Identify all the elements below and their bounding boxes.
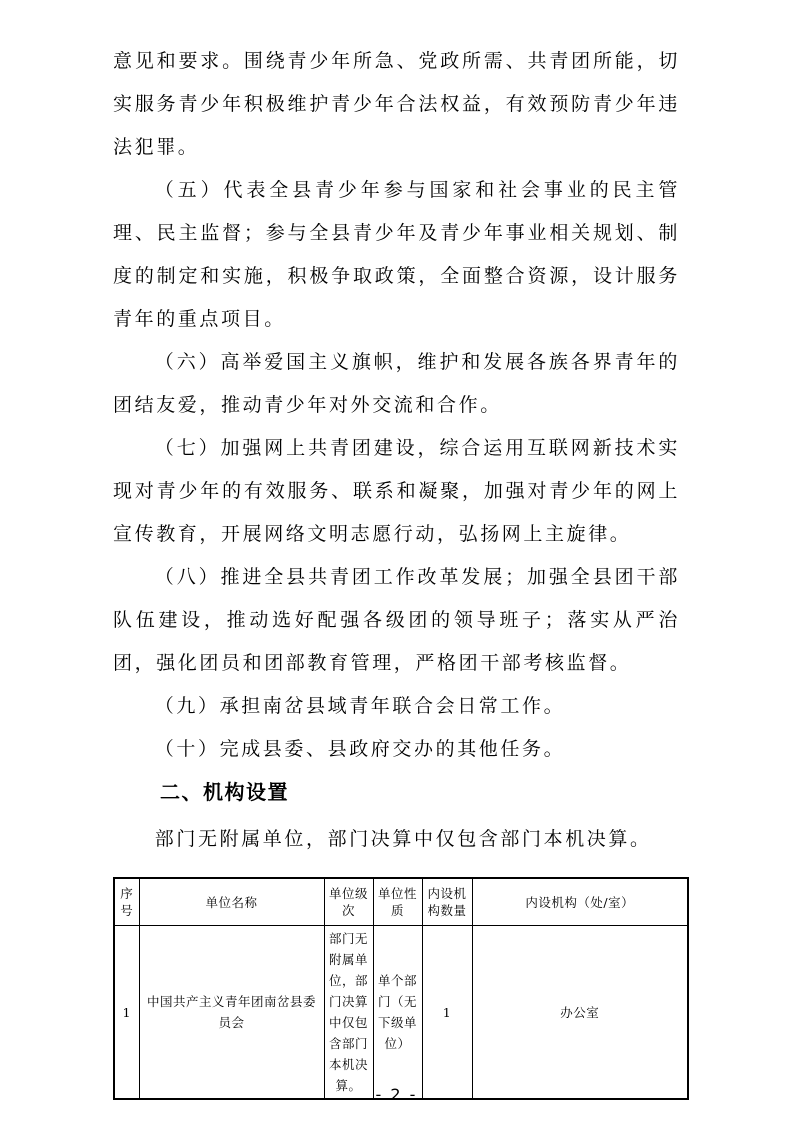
cell-unit-level: 部门无附属单位，部门决算中仅包含部门本机决算。	[324, 926, 373, 1100]
col-header-seq: 序号	[114, 878, 139, 926]
body-paragraph: （七）加强网上共青团建设，综合运用互联网新技术实现对青少年的有效服务、联系和凝聚…	[113, 427, 680, 556]
section-heading: 二、机构设置	[113, 779, 680, 806]
col-header-internal-orgs: 内设机构（处/室）	[472, 878, 688, 926]
page-number: - 2 -	[0, 1085, 793, 1104]
body-paragraph: （六）高举爱国主义旗帜，维护和发展各族各界青年的团结友爱，推动青少年对外交流和合…	[113, 341, 680, 427]
body-paragraph: （八）推进全县共青团工作改革发展；加强全县团干部队伍建设，推动选好配强各级团的领…	[113, 556, 680, 685]
table-header-row: 序号 单位名称 单位级次 单位性质 内设机构数量 内设机构（处/室）	[114, 878, 688, 926]
cell-unit-name: 中国共产主义青年团南岔县委员会	[139, 926, 324, 1100]
cell-seq: 1	[114, 926, 139, 1100]
document-page: 意见和要求。围绕青少年所急、党政所需、共青团所能，切实服务青少年积极维护青少年合…	[0, 0, 793, 1122]
body-paragraph: 意见和要求。围绕青少年所急、党政所需、共青团所能，切实服务青少年积极维护青少年合…	[113, 40, 680, 169]
body-paragraph: （五）代表全县青少年参与国家和社会事业的民主管理、民主监督；参与全县青少年及青少…	[113, 169, 680, 341]
body-paragraph: （九）承担南岔县域青年联合会日常工作。	[113, 685, 680, 728]
col-header-internal-org-count: 内设机构数量	[422, 878, 472, 926]
col-header-unit-name: 单位名称	[139, 878, 324, 926]
cell-internal-org-count: 1	[422, 926, 472, 1100]
document-content: 意见和要求。围绕青少年所急、党政所需、共青团所能，切实服务青少年积极维护青少年合…	[113, 40, 680, 1100]
table-intro-paragraph: 部门无附属单位，部门决算中仅包含部门本机决算。	[113, 818, 680, 861]
org-structure-table: 序号 单位名称 单位级次 单位性质 内设机构数量 内设机构（处/室） 1 中国共…	[113, 877, 689, 1100]
col-header-unit-level: 单位级次	[324, 878, 373, 926]
col-header-unit-nature: 单位性质	[373, 878, 422, 926]
cell-internal-orgs: 办公室	[472, 926, 688, 1100]
table-row: 1 中国共产主义青年团南岔县委员会 部门无附属单位，部门决算中仅包含部门本机决算…	[114, 926, 688, 1100]
body-paragraph: （十）完成县委、县政府交办的其他任务。	[113, 728, 680, 771]
cell-unit-nature: 单个部门（无下级单位）	[373, 926, 422, 1100]
